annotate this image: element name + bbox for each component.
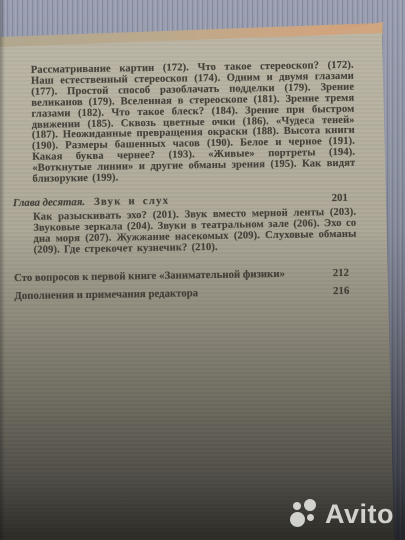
- backmatter-title: Сто вопросов к первой книге «Занимательн…: [14, 268, 285, 284]
- avito-watermark: Avito: [290, 499, 394, 529]
- chapter10-entries-paragraph: Как разыскивать эхо? (201). Звук вместо …: [33, 208, 357, 257]
- table-of-contents: Рассматривание картин (172). Что такое с…: [0, 0, 405, 540]
- chapter10-label: Глава десятая.: [13, 196, 85, 209]
- backmatter-row: Сто вопросов к первой книге «Занимательн…: [14, 267, 349, 284]
- chapter9-entries-paragraph: Рассматривание картин (172). Что такое с…: [31, 61, 356, 186]
- avito-logo-icon: [290, 499, 320, 529]
- avito-wordmark: Avito: [325, 501, 394, 528]
- chapter10-page-number: 201: [332, 192, 348, 204]
- chapter10-title: Звук и слух: [94, 195, 169, 208]
- backmatter-page-number: 212: [333, 267, 349, 279]
- backmatter-page-number: 216: [333, 285, 349, 297]
- chapter10-heading: Глава десятая.Звук и слух: [13, 195, 170, 209]
- backmatter-title: Дополнения и примечания редактора: [14, 287, 198, 302]
- chapter10-heading-row: Глава десятая.Звук и слух 201: [13, 192, 348, 209]
- backmatter-row: Дополнения и примечания редактора 216: [14, 285, 349, 302]
- book-page-photo: Рассматривание картин (172). Что такое с…: [0, 0, 405, 540]
